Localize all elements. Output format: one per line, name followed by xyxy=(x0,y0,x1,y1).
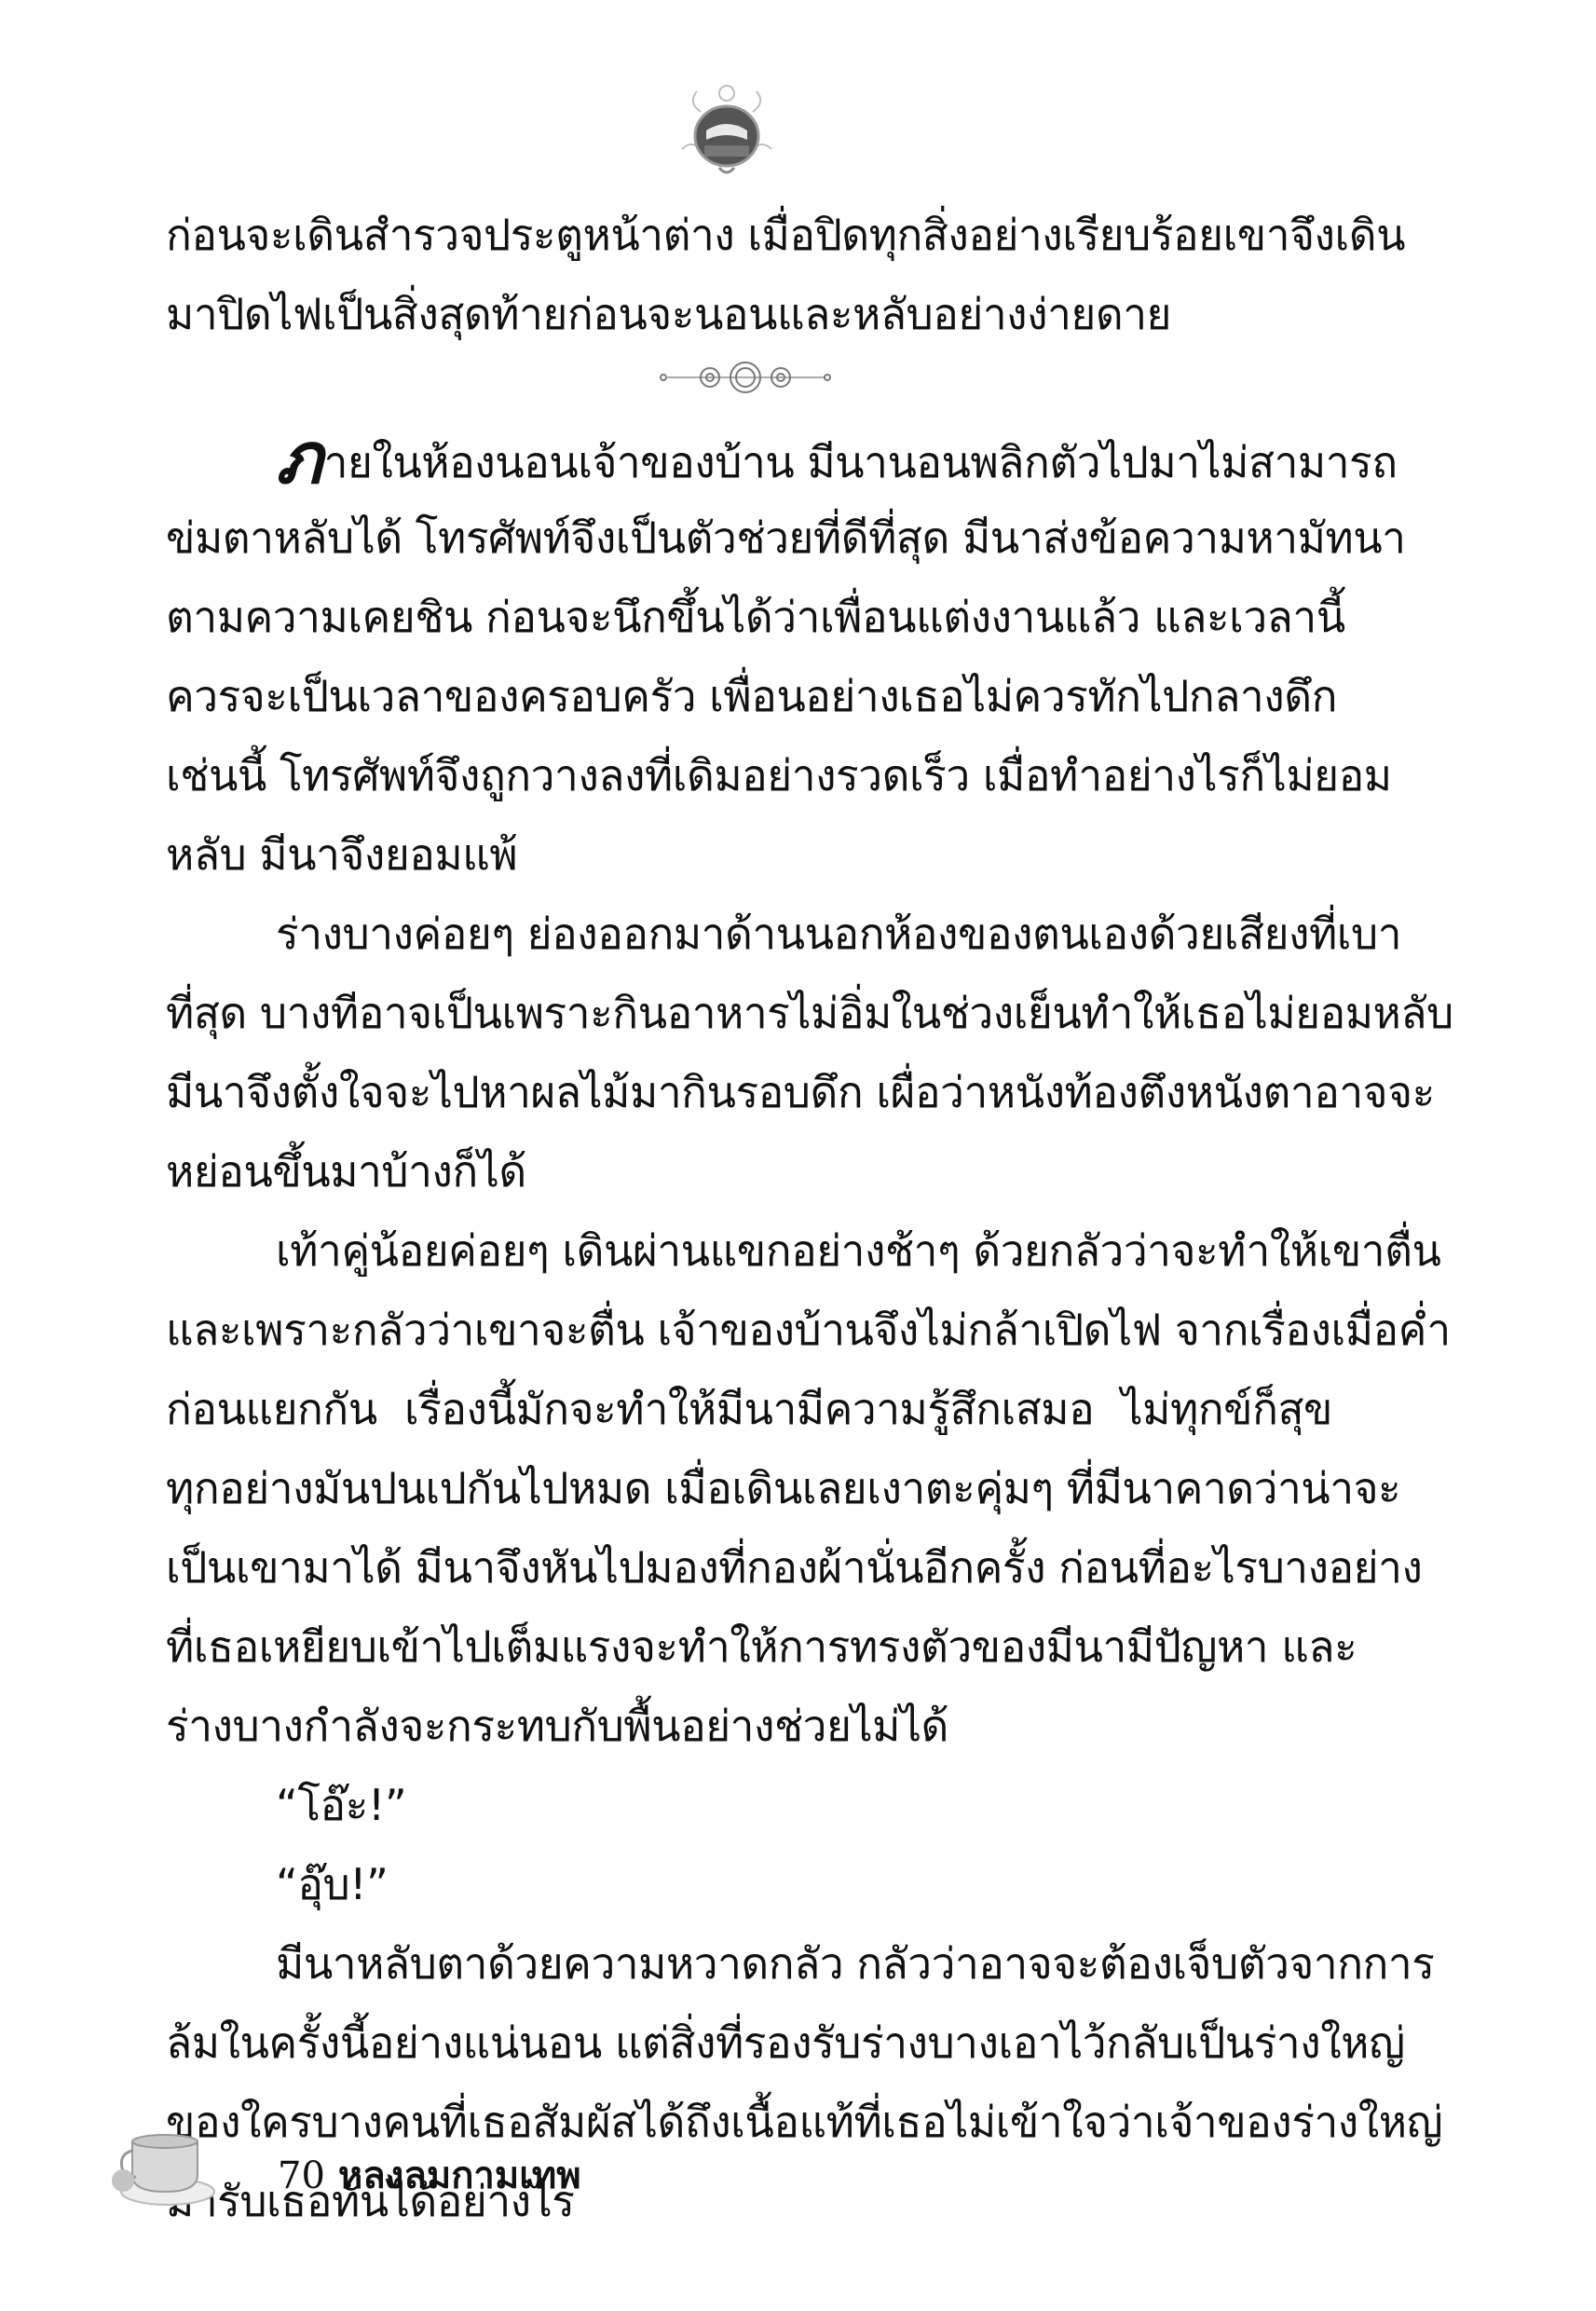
text-line: มีนาจึงตั้งใจจะไปหาผลไม้มากินรอบดึก เผื่… xyxy=(166,1064,1332,1120)
text-line: ทุกอย่างมันปนเปกันไปหมด เมื่อเดินเลยเงาต… xyxy=(166,1460,1332,1516)
scroll-ornament-icon xyxy=(652,359,839,396)
running-title: หลงลมกามเทพ xyxy=(338,2154,581,2197)
page-number: 70 xyxy=(278,2154,325,2197)
text-line: เป็นเขามาได้ มีนาจึงหันไปมองที่กองผ้านั่… xyxy=(166,1539,1332,1595)
text-line: ที่สุด บางทีอาจเป็นเพราะกินอาหารไม่อิ่มใ… xyxy=(166,985,1332,1041)
teacup-icon xyxy=(104,2125,216,2208)
text-line: หย่อนขึ้นมาบ้างก็ได้ xyxy=(166,1143,1332,1199)
text-line: ร่างบางค่อยๆ ย่องออกมาด้านนอกห้องของตนเอ… xyxy=(166,906,1332,962)
text-line: เท้าคู่น้อยค่อยๆ เดินผ่านแขกอย่างช้าๆ ด้… xyxy=(166,1223,1332,1279)
text-line: หลับ มีนาจึงยอมแพ้ xyxy=(166,827,1332,882)
text-line: มีนาหลับตาด้วยความหวาดกลัว กลัวว่าอาจจะต… xyxy=(166,1935,1332,1991)
text-line: มาปิดไฟเป็นสิ่งสุดท้ายก่อนจะนอนและหลับอย… xyxy=(166,286,1332,342)
text-line: ควรจะเป็นเวลาของครอบครัว เพื่อนอย่างเธอไ… xyxy=(166,668,1332,724)
dialogue-line: “โอ๊ะ!” xyxy=(166,1777,1332,1833)
text-line: ของใครบางคนที่เธอสัมผัสได้ถึงเนื้อแท้ที่… xyxy=(166,2094,1332,2150)
text: ายในห้องนอนเจ้าของบ้าน มีนานอนพลิกตัวไปม… xyxy=(324,437,1398,487)
text-line: ข่มตาหลับได้ โทรศัพท์จึงเป็นตัวช่วยที่ดี… xyxy=(166,510,1332,566)
text-line: เช่นนี้ โทรศัพท์จึงถูกวางลงที่เดิมอย่างร… xyxy=(166,747,1332,803)
text-line: ตามความเคยชิน ก่อนจะนึกขึ้นได้ว่าเพื่อนแ… xyxy=(166,589,1332,645)
text-line: ที่เธอเหยียบเข้าไปเต็มแรงจะทำให้การทรงตั… xyxy=(166,1619,1332,1675)
text-line: ล้มในครั้งนี้อย่างแน่นอน แต่สิ่งที่รองรั… xyxy=(166,2015,1332,2071)
dialogue-line: “อุ๊บ!” xyxy=(166,1856,1332,1912)
text-line-dropcap: ภายในห้องนอนเจ้าของบ้าน มีนานอนพลิกตัวไป… xyxy=(166,431,1332,490)
publisher-emblem-icon xyxy=(673,75,781,179)
text-line: และเพราะกลัวว่าเขาจะตื่น เจ้าของบ้านจึงไ… xyxy=(166,1302,1332,1358)
text-line: ร่างบางกำลังจะกระทบกับพื้นอย่างช่วยไม่ได… xyxy=(166,1698,1332,1754)
text-line: ก่อนแยกกัน เรื่องนี้มักจะทำให้มีนามีความ… xyxy=(166,1381,1332,1437)
text-line: ก่อนจะเดินสำรวจประตูหน้าต่าง เมื่อปิดทุก… xyxy=(166,207,1332,263)
drop-cap: ภ xyxy=(276,417,322,499)
page-footer: 70หลงลมกามเทพ xyxy=(278,2153,581,2199)
